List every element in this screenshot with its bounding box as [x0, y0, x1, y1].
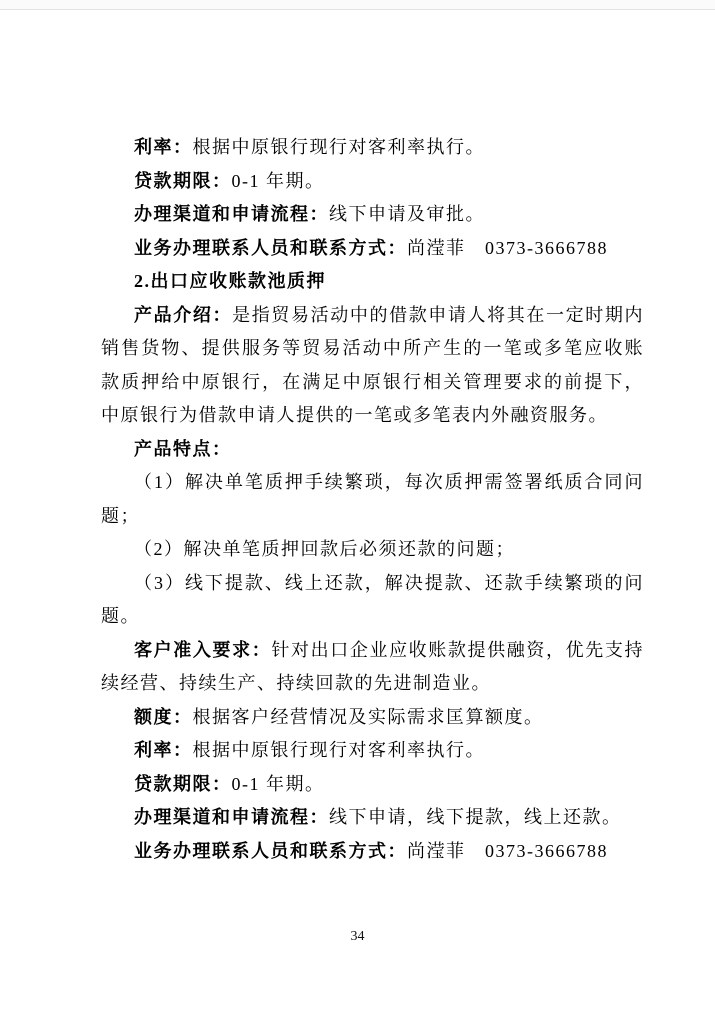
paragraph-label: 贷款期限： [134, 171, 232, 191]
document-page: 利率：根据中原银行现行对客利率执行。 贷款期限：0-1 年期。 办理渠道和申请流… [0, 0, 715, 1011]
document-body: 利率：根据中原银行现行对客利率执行。 贷款期限：0-1 年期。 办理渠道和申请流… [101, 131, 644, 868]
paragraph-label: 利率： [134, 740, 193, 760]
page-top-border [0, 0, 715, 10]
paragraph-label: 办理渠道和申请流程： [134, 204, 329, 224]
paragraph-text: （1）解决单笔质押手续繁琐，每次质押需签署纸质合同问题； [101, 472, 644, 526]
paragraph-label: 办理渠道和申请流程： [134, 807, 329, 827]
paragraph-text: 0-1 年期。 [232, 774, 325, 794]
paragraph-interest-rate-2: 利率：根据中原银行现行对客利率执行。 [101, 734, 644, 768]
paragraph-text: （2）解决单笔质押回款后必须还款的问题； [134, 539, 515, 559]
paragraph-text: 线下申请，线下提款，线上还款。 [329, 807, 622, 827]
paragraph-product-intro: 产品介绍：是指贸易活动中的借款申请人将其在一定时期内销售货物、提供服务等贸易活动… [101, 299, 644, 433]
paragraph-label: 贷款期限： [134, 774, 232, 794]
list-item-feature-1: （1）解决单笔质押手续繁琐，每次质押需签署纸质合同问题； [101, 466, 644, 533]
paragraph-label: 产品特点： [134, 439, 232, 459]
paragraph-loan-term: 贷款期限：0-1 年期。 [101, 165, 644, 199]
paragraph-text: 尚滢菲 0373-3666788 [407, 238, 608, 258]
paragraph-text: 根据客户经营情况及实际需求匡算额度。 [193, 707, 544, 727]
paragraph-label: 业务办理联系人员和联系方式： [134, 238, 407, 258]
paragraph-label: 产品介绍： [134, 305, 232, 325]
paragraph-text: 0-1 年期。 [232, 171, 325, 191]
paragraph-label: 利率： [134, 137, 193, 157]
paragraph-label: 客户准入要求： [134, 640, 271, 660]
paragraph-text: 根据中原银行现行对客利率执行。 [193, 740, 486, 760]
paragraph-text: 尚滢菲 0373-3666788 [407, 841, 608, 861]
paragraph-label: 额度： [134, 707, 193, 727]
paragraph-interest-rate: 利率：根据中原银行现行对客利率执行。 [101, 131, 644, 165]
page-number: 34 [0, 929, 715, 945]
paragraph-contact-2: 业务办理联系人员和联系方式：尚滢菲 0373-3666788 [101, 835, 644, 869]
paragraph-contact: 业务办理联系人员和联系方式：尚滢菲 0373-3666788 [101, 232, 644, 266]
paragraph-text: 根据中原银行现行对客利率执行。 [193, 137, 486, 157]
list-item-feature-2: （2）解决单笔质押回款后必须还款的问题； [101, 533, 644, 567]
paragraph-quota: 额度：根据客户经营情况及实际需求匡算额度。 [101, 701, 644, 735]
paragraph-product-features-label: 产品特点： [101, 433, 644, 467]
paragraph-label: 业务办理联系人员和联系方式： [134, 841, 407, 861]
paragraph-text: 线下申请及审批。 [329, 204, 485, 224]
paragraph-loan-term-2: 贷款期限：0-1 年期。 [101, 768, 644, 802]
paragraph-text: （3）线下提款、线上还款，解决提款、还款手续繁琐的问题。 [101, 573, 644, 627]
heading-label: 2.出口应收账款池质押 [134, 271, 326, 291]
paragraph-channel-process-2: 办理渠道和申请流程：线下申请，线下提款，线上还款。 [101, 801, 644, 835]
list-item-feature-3: （3）线下提款、线上还款，解决提款、还款手续繁琐的问题。 [101, 567, 644, 634]
paragraph-channel-process: 办理渠道和申请流程：线下申请及审批。 [101, 198, 644, 232]
paragraph-customer-requirements: 客户准入要求：针对出口企业应收账款提供融资，优先支持续经营、持续生产、持续回款的… [101, 634, 644, 701]
heading-product-2: 2.出口应收账款池质押 [101, 265, 644, 299]
